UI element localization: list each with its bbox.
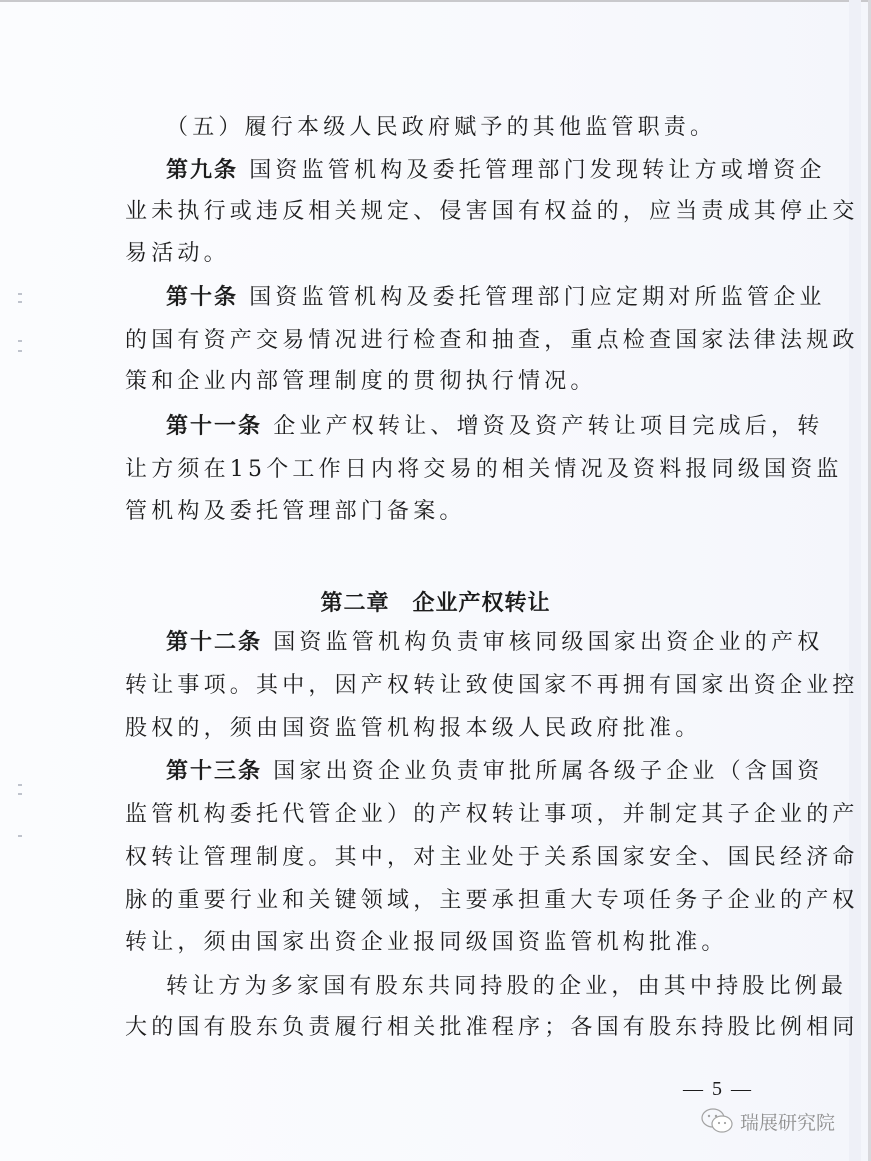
page-number: — 5 — — [683, 1078, 753, 1101]
line-text: 业未执行或违反相关规定、侵害国有权益的，应当责成其停止交 — [125, 199, 859, 224]
line-text: （五）履行本级人民政府赋予的其他监管职责。 — [166, 115, 716, 140]
binding-mark — [18, 301, 22, 303]
article-number: 第十一条 — [166, 414, 262, 439]
line-text: 监管机构委托代管企业）的产权转让事项，并制定其子企业的产 — [125, 802, 859, 827]
line-text: 策和企业内部管理制度的贯彻执行情况。 — [125, 369, 597, 394]
text-line: 易活动。 — [125, 239, 757, 269]
document-page: （五）履行本级人民政府赋予的其他监管职责。第九条 国资监管机构及委托管理部门发现… — [0, 0, 871, 1161]
text-line: 的国有资产交易情况进行检查和抽查，重点检查国家法律法规政 — [125, 326, 757, 356]
text-line: 监管机构委托代管企业）的产权转让事项，并制定其子企业的产 — [125, 800, 757, 830]
line-text: 国家出资企业负责审批所属各级子企业（含国资 — [262, 759, 823, 784]
line-text: 企业产权转让、增资及资产转让项目完成后，转 — [262, 414, 823, 439]
wechat-icon — [700, 1107, 734, 1135]
text-line: 转让，须由国家出资企业报同级国资监管机构批准。 — [125, 928, 757, 958]
text-line: 管机构及委托管理部门备案。 — [125, 497, 757, 527]
line-text: 易活动。 — [125, 241, 230, 266]
binding-mark — [18, 350, 22, 352]
line-text: 转让，须由国家出资企业报同级国资监管机构批准。 — [125, 930, 728, 955]
text-line: 第十三条 国家出资企业负责审批所属各级子企业（含国资 — [166, 757, 757, 787]
article-number: 第九条 — [166, 158, 238, 183]
line-text: 国资监管机构及委托管理部门发现转让方或增资企 — [238, 158, 826, 183]
article-number: 第十二条 — [166, 630, 262, 655]
watermark: 瑞展研究院 — [700, 1106, 835, 1136]
text-line: （五）履行本级人民政府赋予的其他监管职责。 — [166, 113, 757, 143]
text-line: 脉的重要行业和关键领域，主要承担重大专项任务子企业的产权 — [125, 886, 757, 916]
text-line: 第十条 国资监管机构及委托管理部门应定期对所监管企业 — [166, 283, 757, 313]
page-top-border — [0, 0, 871, 2]
article-number: 第十三条 — [166, 759, 262, 784]
chapter-heading: 第二章 企业产权转让 — [0, 586, 871, 617]
watermark-label: 瑞展研究院 — [740, 1108, 835, 1135]
text-line: 第十二条 国资监管机构负责审核同级国家出资企业的产权 — [166, 628, 757, 658]
text-line: 转让方为多家国有股东共同持股的企业，由其中持股比例最 — [166, 972, 757, 1002]
line-text: 让方须在15个工作日内将交易的相关情况及资料报同级国资监 — [125, 457, 843, 482]
line-text: 大的国有股东负责履行相关批准程序；各国有股东持股比例相同 — [125, 1015, 859, 1040]
text-line: 第十一条 企业产权转让、增资及资产转让项目完成后，转 — [166, 412, 757, 442]
text-line: 权转让管理制度。其中，对主业处于关系国家安全、国民经济命 — [125, 843, 757, 873]
line-text: 的国有资产交易情况进行检查和抽查，重点检查国家法律法规政 — [125, 328, 859, 353]
line-text: 国资监管机构负责审核同级国家出资企业的产权 — [262, 630, 823, 655]
binding-mark — [18, 340, 22, 342]
line-text: 转让事项。其中，因产权转让致使国家不再拥有国家出资企业控 — [125, 673, 859, 698]
binding-mark — [18, 293, 22, 295]
article-number: 第十条 — [166, 285, 238, 310]
line-text: 管机构及委托管理部门备案。 — [125, 499, 466, 524]
binding-mark — [18, 835, 22, 837]
binding-mark — [18, 793, 22, 795]
text-line: 第九条 国资监管机构及委托管理部门发现转让方或增资企 — [166, 156, 757, 186]
line-text: 转让方为多家国有股东共同持股的企业，由其中持股比例最 — [166, 974, 847, 999]
page-right-shadow-strip — [849, 0, 861, 1161]
text-line: 大的国有股东负责履行相关批准程序；各国有股东持股比例相同 — [125, 1013, 757, 1043]
text-line: 业未执行或违反相关规定、侵害国有权益的，应当责成其停止交 — [125, 197, 757, 227]
line-text: 股权的，须由国资监管机构报本级人民政府批准。 — [125, 716, 701, 741]
binding-mark — [18, 784, 22, 786]
text-line: 股权的，须由国资监管机构报本级人民政府批准。 — [125, 714, 757, 744]
line-text: 权转让管理制度。其中，对主业处于关系国家安全、国民经济命 — [125, 845, 859, 870]
text-line: 策和企业内部管理制度的贯彻执行情况。 — [125, 367, 757, 397]
text-line: 让方须在15个工作日内将交易的相关情况及资料报同级国资监 — [125, 455, 757, 485]
text-line: 转让事项。其中，因产权转让致使国家不再拥有国家出资企业控 — [125, 671, 757, 701]
line-text: 脉的重要行业和关键领域，主要承担重大专项任务子企业的产权 — [125, 888, 859, 913]
line-text: 国资监管机构及委托管理部门应定期对所监管企业 — [238, 285, 826, 310]
